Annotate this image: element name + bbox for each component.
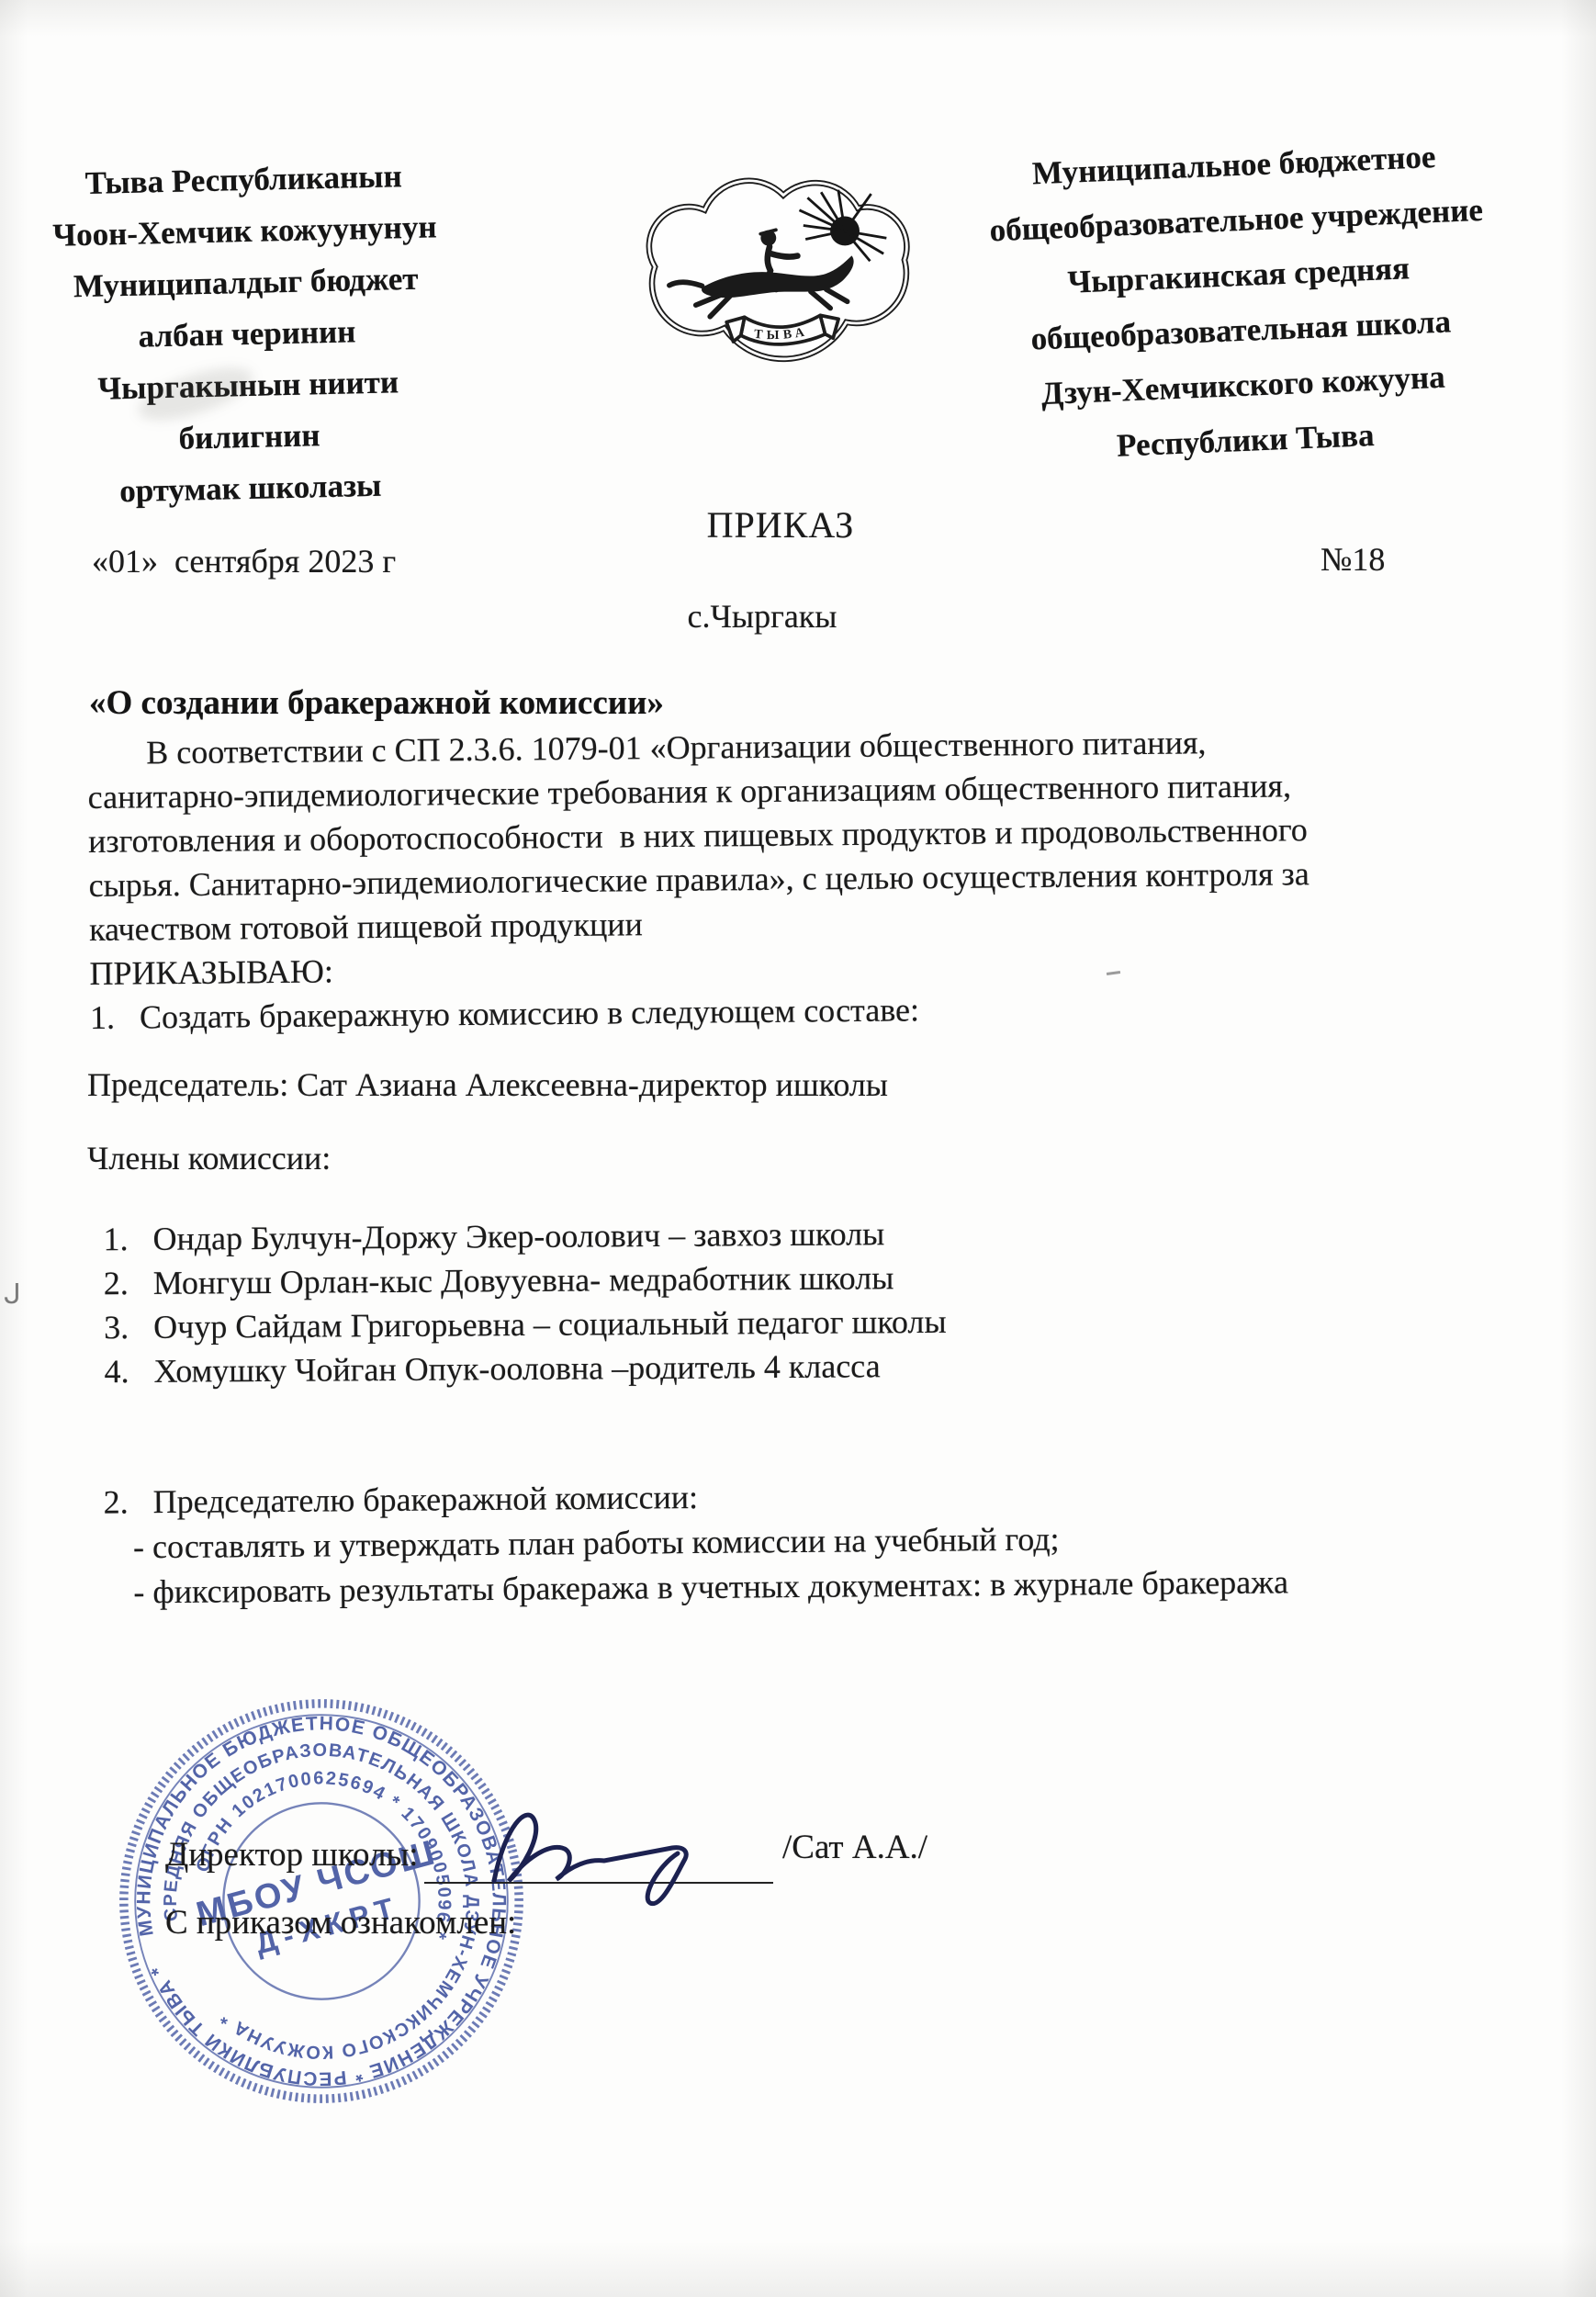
director-label: Директор школы: [165,1835,419,1875]
director-signature-icon [478,1789,753,1922]
director-name: /Сат А.А./ [782,1828,927,1867]
member-item: 3. Очур Сайдам Григорьевна – социальный … [104,1300,947,1349]
body-intro-block: В соответствии с СП 2.3.6. 1079-01 «Орга… [87,717,1541,1040]
signature-svg [478,1789,753,1918]
order-item-2-block: 2. Председателю бракеражной комиссии: - … [103,1469,1288,1615]
commission-chairman: Председатель: Сат Азиана Алексеевна-дире… [87,1065,888,1104]
header-left-line: ортумак школазы [34,458,466,520]
header-left-line: Муниципалдыг бюджет [29,253,462,314]
members-label: Члены комиссии: [87,1139,331,1177]
stamp-svg: МУНИЦИПАЛЬНОЕ БЮДЖЕТНОЕ ОБЩЕОБРАЗОВАТЕЛЬ… [103,1683,540,2120]
header-right-russian: Муниципальное бюджетное общеобразователь… [916,125,1563,482]
header-left-line: Чыргакынын ниити билигнин [32,355,466,468]
doc-type-title: ПРИКАЗ [643,503,918,546]
acknowledged-label: С приказом ознакомлен: [165,1903,516,1942]
member-item: 2. Монгуш Орлан-кыс Довууевна- медработн… [104,1255,947,1305]
tyva-emblem-icon: ТЫВА [641,156,916,370]
doc-number: №18 [1321,540,1385,579]
member-item: 1. Ондар Булчун-Доржу Экер-оолович – зав… [103,1211,946,1261]
scan-stray-mark: ᒍ [4,1278,21,1311]
doc-subject: «О создании бракеражной комиссии» [89,683,664,723]
header-left-tuvan: Тыва Республиканын Чоон-Хемчик кожуунуну… [28,150,467,520]
order-item-2-point: - фиксировать результаты бракеража в уче… [104,1559,1288,1615]
doc-date: «01» сентября 2023 г [92,542,396,580]
member-item: 4. Хомушку Чойган Опук-ооловна –родитель… [104,1344,947,1393]
doc-place: с.Чыргакы [666,597,859,636]
members-list: 1. Ондар Булчун-Доржу Экер-оолович – зав… [103,1211,947,1393]
order-document-page: Тыва Республиканын Чоон-Хемчик кожуунуну… [0,0,1596,2297]
tyva-emblem-svg: ТЫВА [641,156,916,366]
